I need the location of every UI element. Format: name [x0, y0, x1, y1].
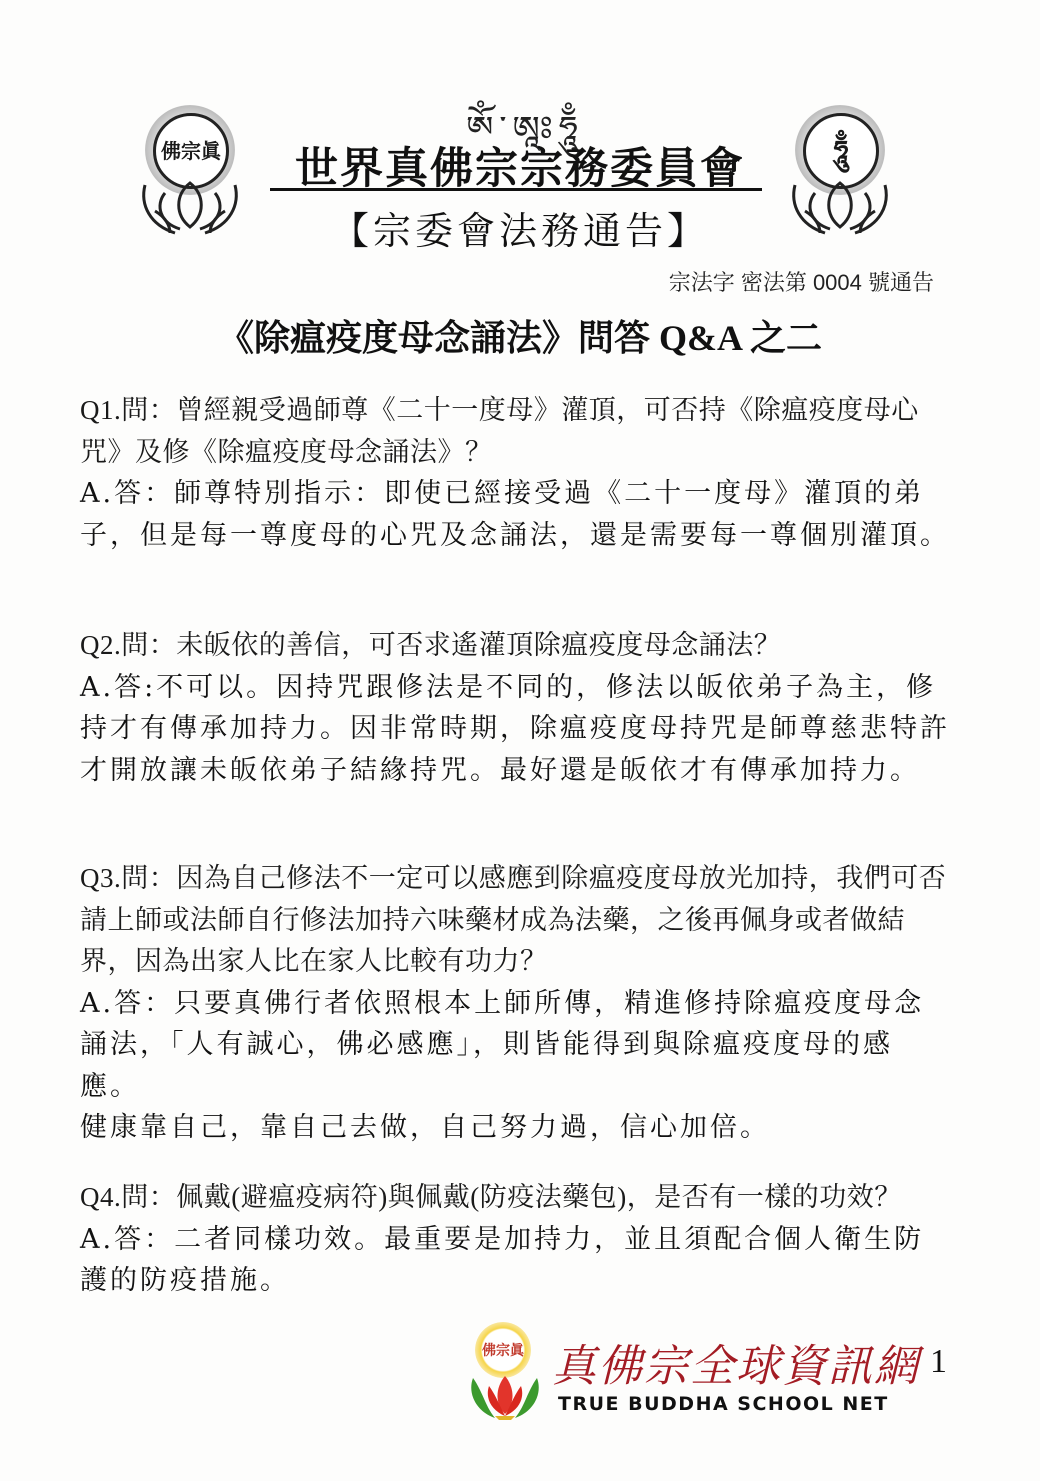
document-page: 佛宗眞 ཧཱུྃ	[0, 0, 1040, 1481]
qa-item-1: Q1.問：曾經親受過師尊《二十一度母》灌頂，可否持《除瘟疫度母心咒》及修《除瘟疫…	[80, 390, 950, 556]
page-number: 1	[930, 1343, 947, 1381]
header-divider	[270, 188, 762, 191]
document-title: 《除瘟疫度母念誦法》問答 Q&A 之二	[0, 310, 1040, 361]
answer: A.答:不可以。因持咒跟修法是不同的，修法以皈依弟子為主，修持才有傳承加持力。因…	[80, 667, 950, 792]
question: Q2.問：未皈依的善信，可否求遙灌頂除瘟疫度母念誦法？	[80, 625, 950, 667]
organization-name: 世界真佛宗宗務委員會	[270, 135, 770, 196]
question: Q3.問：因為自己修法不一定可以感應到除瘟疫度母放光加持，我們可否請上師或法師自…	[80, 858, 950, 983]
tbs-emblem-right-icon: ཧཱུྃ	[785, 105, 895, 235]
site-name-english: TRUE BUDDHA SCHOOL NET	[558, 1393, 889, 1415]
answer: A.答：只要真佛行者依照根本上師所傳，精進修持除瘟疫度母念誦法，「人有誠心，佛必…	[80, 983, 950, 1108]
lotus-icon	[785, 175, 895, 235]
tbs-net-logo-icon: 佛宗眞	[465, 1322, 545, 1422]
question: Q4.問：佩戴(避瘟疫病符)與佩戴(防疫法藥包)，是否有一樣的功效？	[80, 1177, 950, 1219]
lotus-icon	[135, 175, 245, 235]
site-name-chinese: 真佛宗全球資訊網	[552, 1330, 920, 1394]
notice-type: 【宗委會法務通告】	[270, 200, 770, 255]
qa-item-3: Q3.問：因為自己修法不一定可以感應到除瘟疫度母放光加持，我們可否請上師或法師自…	[80, 858, 950, 1149]
color-lotus-icon	[465, 1372, 545, 1420]
answer-note: 健康靠自己，靠自己去做，自己努力過，信心加倍。	[80, 1107, 950, 1149]
qa-item-4: Q4.問：佩戴(避瘟疫病符)與佩戴(防疫法藥包)，是否有一樣的功效？ A.答：二…	[80, 1177, 950, 1302]
answer: A.答：二者同樣功效。最重要是加持力，並且須配合個人衛生防護的防疫措施。	[80, 1219, 950, 1302]
qa-item-2: Q2.問：未皈依的善信，可否求遙灌頂除瘟疫度母念誦法？ A.答:不可以。因持咒跟…	[80, 625, 950, 791]
answer: A.答：師尊特別指示：即使已經接受過《二十一度母》灌頂的弟子，但是每一尊度母的心…	[80, 473, 950, 556]
footer-emblem-text: 佛宗眞	[475, 1322, 531, 1378]
tbs-emblem-left-icon: 佛宗眞	[135, 105, 245, 235]
reference-number: 宗法字 密法第 0004 號通告	[669, 266, 934, 297]
question: Q1.問：曾經親受過師尊《二十一度母》灌頂，可否持《除瘟疫度母心咒》及修《除瘟疫…	[80, 390, 950, 473]
